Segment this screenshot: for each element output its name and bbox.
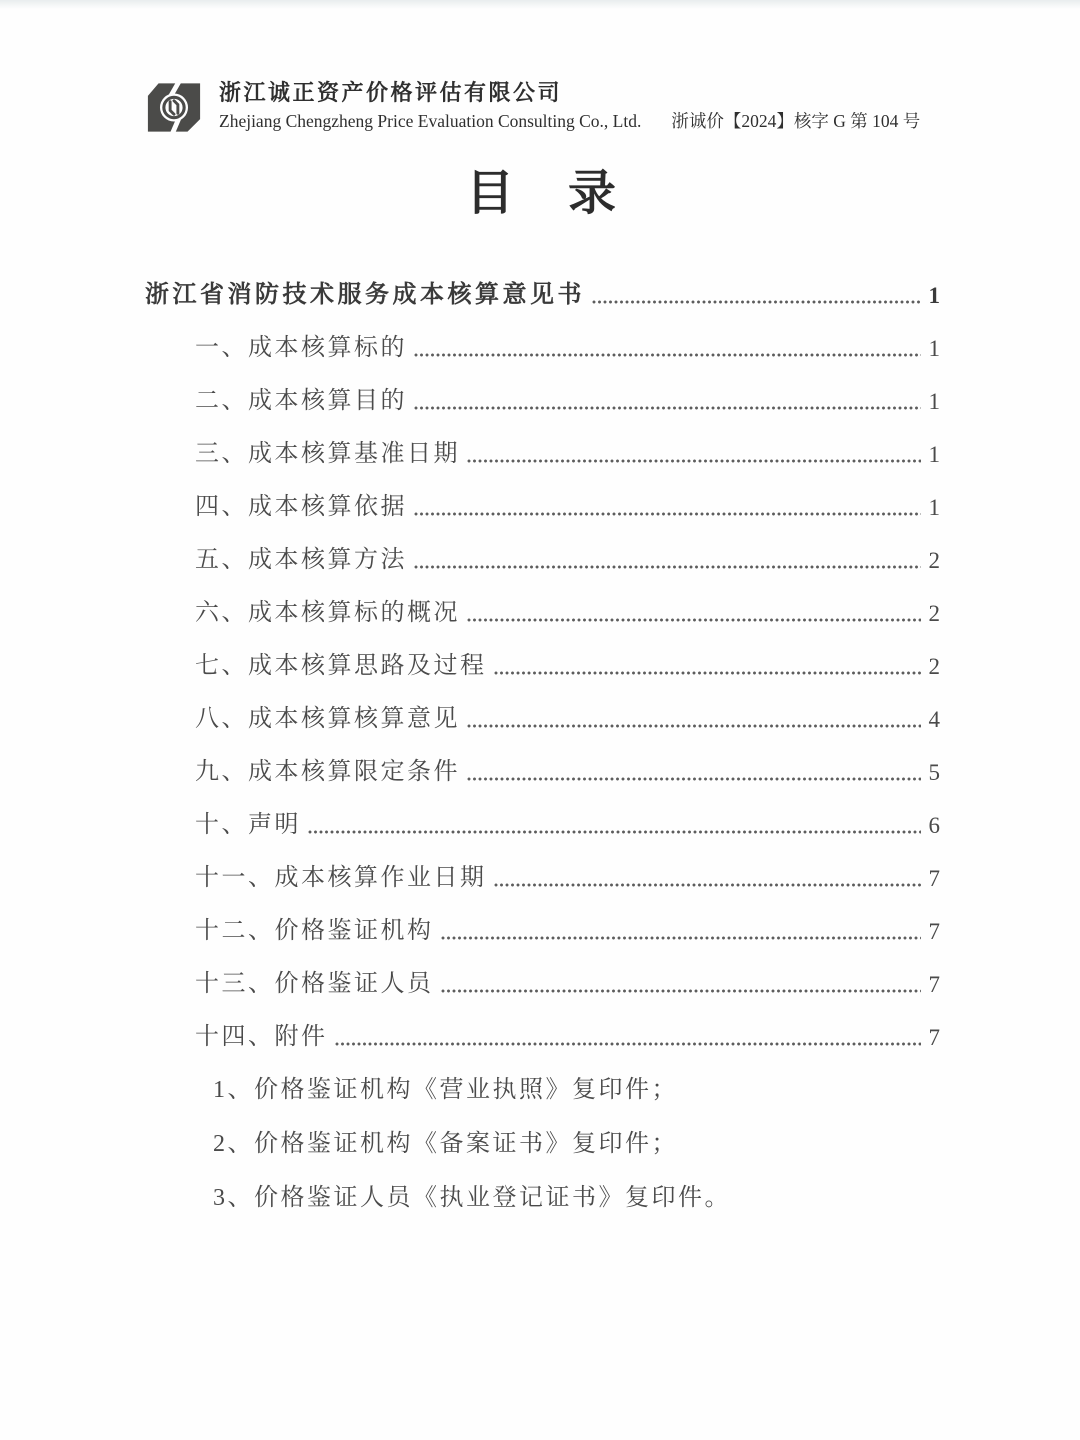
letterhead-line2: Zhejiang Chengzheng Price Evaluation Con… <box>219 109 920 133</box>
toc-entry: 浙江省消防技术服务成本核算意见书 1 <box>145 279 940 312</box>
dot-leader <box>441 935 922 941</box>
toc-entry-label: 四、成本核算依据 <box>195 491 407 524</box>
toc-entry-page: 2 <box>924 597 940 630</box>
toc-entry: 七、成本核算思路及过程 2 <box>145 650 940 683</box>
toc-entry-page: 1 <box>924 438 940 471</box>
attachment-item: 1、价格鉴证机构《营业执照》复印件； <box>145 1074 940 1107</box>
toc-entry-page: 7 <box>924 968 940 1001</box>
toc-entry-label: 六、成本核算标的概况 <box>195 597 460 630</box>
toc-entry-page: 1 <box>924 332 940 365</box>
toc-entry-label: 九、成本核算限定条件 <box>195 756 460 789</box>
dot-leader <box>494 670 922 676</box>
toc-entry-page: 6 <box>924 809 940 842</box>
toc-entry: 一、成本核算标的 1 <box>145 332 940 365</box>
toc-entry: 十一、成本核算作业日期 7 <box>145 862 940 895</box>
dot-leader <box>467 723 921 729</box>
toc-entry: 三、成本核算基准日期 1 <box>145 438 940 471</box>
toc-entry: 十、声明 6 <box>145 809 940 842</box>
toc-entry-label: 二、成本核算目的 <box>195 385 407 418</box>
toc-entry-label: 十二、价格鉴证机构 <box>195 915 434 948</box>
toc-entry: 五、成本核算方法 2 <box>145 544 940 577</box>
toc-entry-page: 1 <box>924 491 940 524</box>
dot-leader <box>467 617 921 623</box>
dot-leader <box>414 405 921 411</box>
toc-entry-label: 浙江省消防技术服务成本核算意见书 <box>145 279 585 312</box>
dot-leader <box>441 988 922 994</box>
attachment-item: 3、价格鉴证人员《执业登记证书》复印件。 <box>145 1182 940 1215</box>
letterhead: 浙江诚正资产价格评估有限公司 Zhejiang Chengzheng Price… <box>145 80 940 138</box>
toc-entry-page: 4 <box>924 703 940 736</box>
toc-entry-page: 1 <box>924 385 940 418</box>
toc-page: 浙江诚正资产价格评估有限公司 Zhejiang Chengzheng Price… <box>0 0 1080 1440</box>
toc-entry-label: 十三、价格鉴证人员 <box>195 968 434 1001</box>
page-title: 目 录 <box>145 166 940 221</box>
dot-leader <box>308 829 921 835</box>
toc-entry-page: 2 <box>924 650 940 683</box>
toc-entry-page: 7 <box>924 1021 940 1054</box>
document-number: 浙诚价【2024】核字 G 第 104 号 <box>671 109 920 133</box>
attachment-item: 2、价格鉴证机构《备案证书》复印件； <box>145 1128 940 1161</box>
toc-entry-label: 五、成本核算方法 <box>195 544 407 577</box>
company-name-en: Zhejiang Chengzheng Price Evaluation Con… <box>219 109 641 133</box>
dot-leader <box>335 1041 922 1047</box>
dot-leader <box>592 299 921 305</box>
toc-entry: 四、成本核算依据 1 <box>145 491 940 524</box>
toc-entry: 九、成本核算限定条件 5 <box>145 756 940 789</box>
toc-entry-label: 八、成本核算核算意见 <box>195 703 460 736</box>
toc-entry-label: 三、成本核算基准日期 <box>195 438 460 471</box>
attachment-list: 1、价格鉴证机构《营业执照》复印件； 2、价格鉴证机构《备案证书》复印件； 3、… <box>145 1074 940 1215</box>
toc-entry-page: 1 <box>924 279 940 312</box>
dot-leader <box>414 511 921 517</box>
toc-entry: 二、成本核算目的 1 <box>145 385 940 418</box>
dot-leader <box>467 458 921 464</box>
toc-entry-page: 7 <box>924 915 940 948</box>
dot-leader <box>414 352 921 358</box>
toc-entry: 十四、附件 7 <box>145 1021 940 1054</box>
dot-leader <box>467 776 921 782</box>
toc-entry: 六、成本核算标的概况 2 <box>145 597 940 630</box>
toc-entry-page: 5 <box>924 756 940 789</box>
toc-entry-label: 十、声明 <box>195 809 301 842</box>
toc-entry-page: 2 <box>924 544 940 577</box>
toc-entry-label: 七、成本核算思路及过程 <box>195 650 487 683</box>
toc-entry-page: 7 <box>924 862 940 895</box>
toc-entry-label: 十四、附件 <box>195 1021 328 1054</box>
table-of-contents: 浙江省消防技术服务成本核算意见书 1 一、成本核算标的 1 二、成本核算目的 1… <box>145 279 940 1215</box>
cz-logo-icon <box>145 80 203 135</box>
company-logo <box>145 80 203 135</box>
toc-entry-label: 十一、成本核算作业日期 <box>195 862 487 895</box>
toc-entry: 八、成本核算核算意见 4 <box>145 703 940 736</box>
toc-entry-label: 一、成本核算标的 <box>195 332 407 365</box>
dot-leader <box>494 882 922 888</box>
company-name-cn: 浙江诚正资产价格评估有限公司 <box>219 80 920 106</box>
toc-entry: 十二、价格鉴证机构 7 <box>145 915 940 948</box>
letterhead-text: 浙江诚正资产价格评估有限公司 Zhejiang Chengzheng Price… <box>219 80 920 133</box>
dot-leader <box>414 564 921 570</box>
toc-entry: 十三、价格鉴证人员 7 <box>145 968 940 1001</box>
